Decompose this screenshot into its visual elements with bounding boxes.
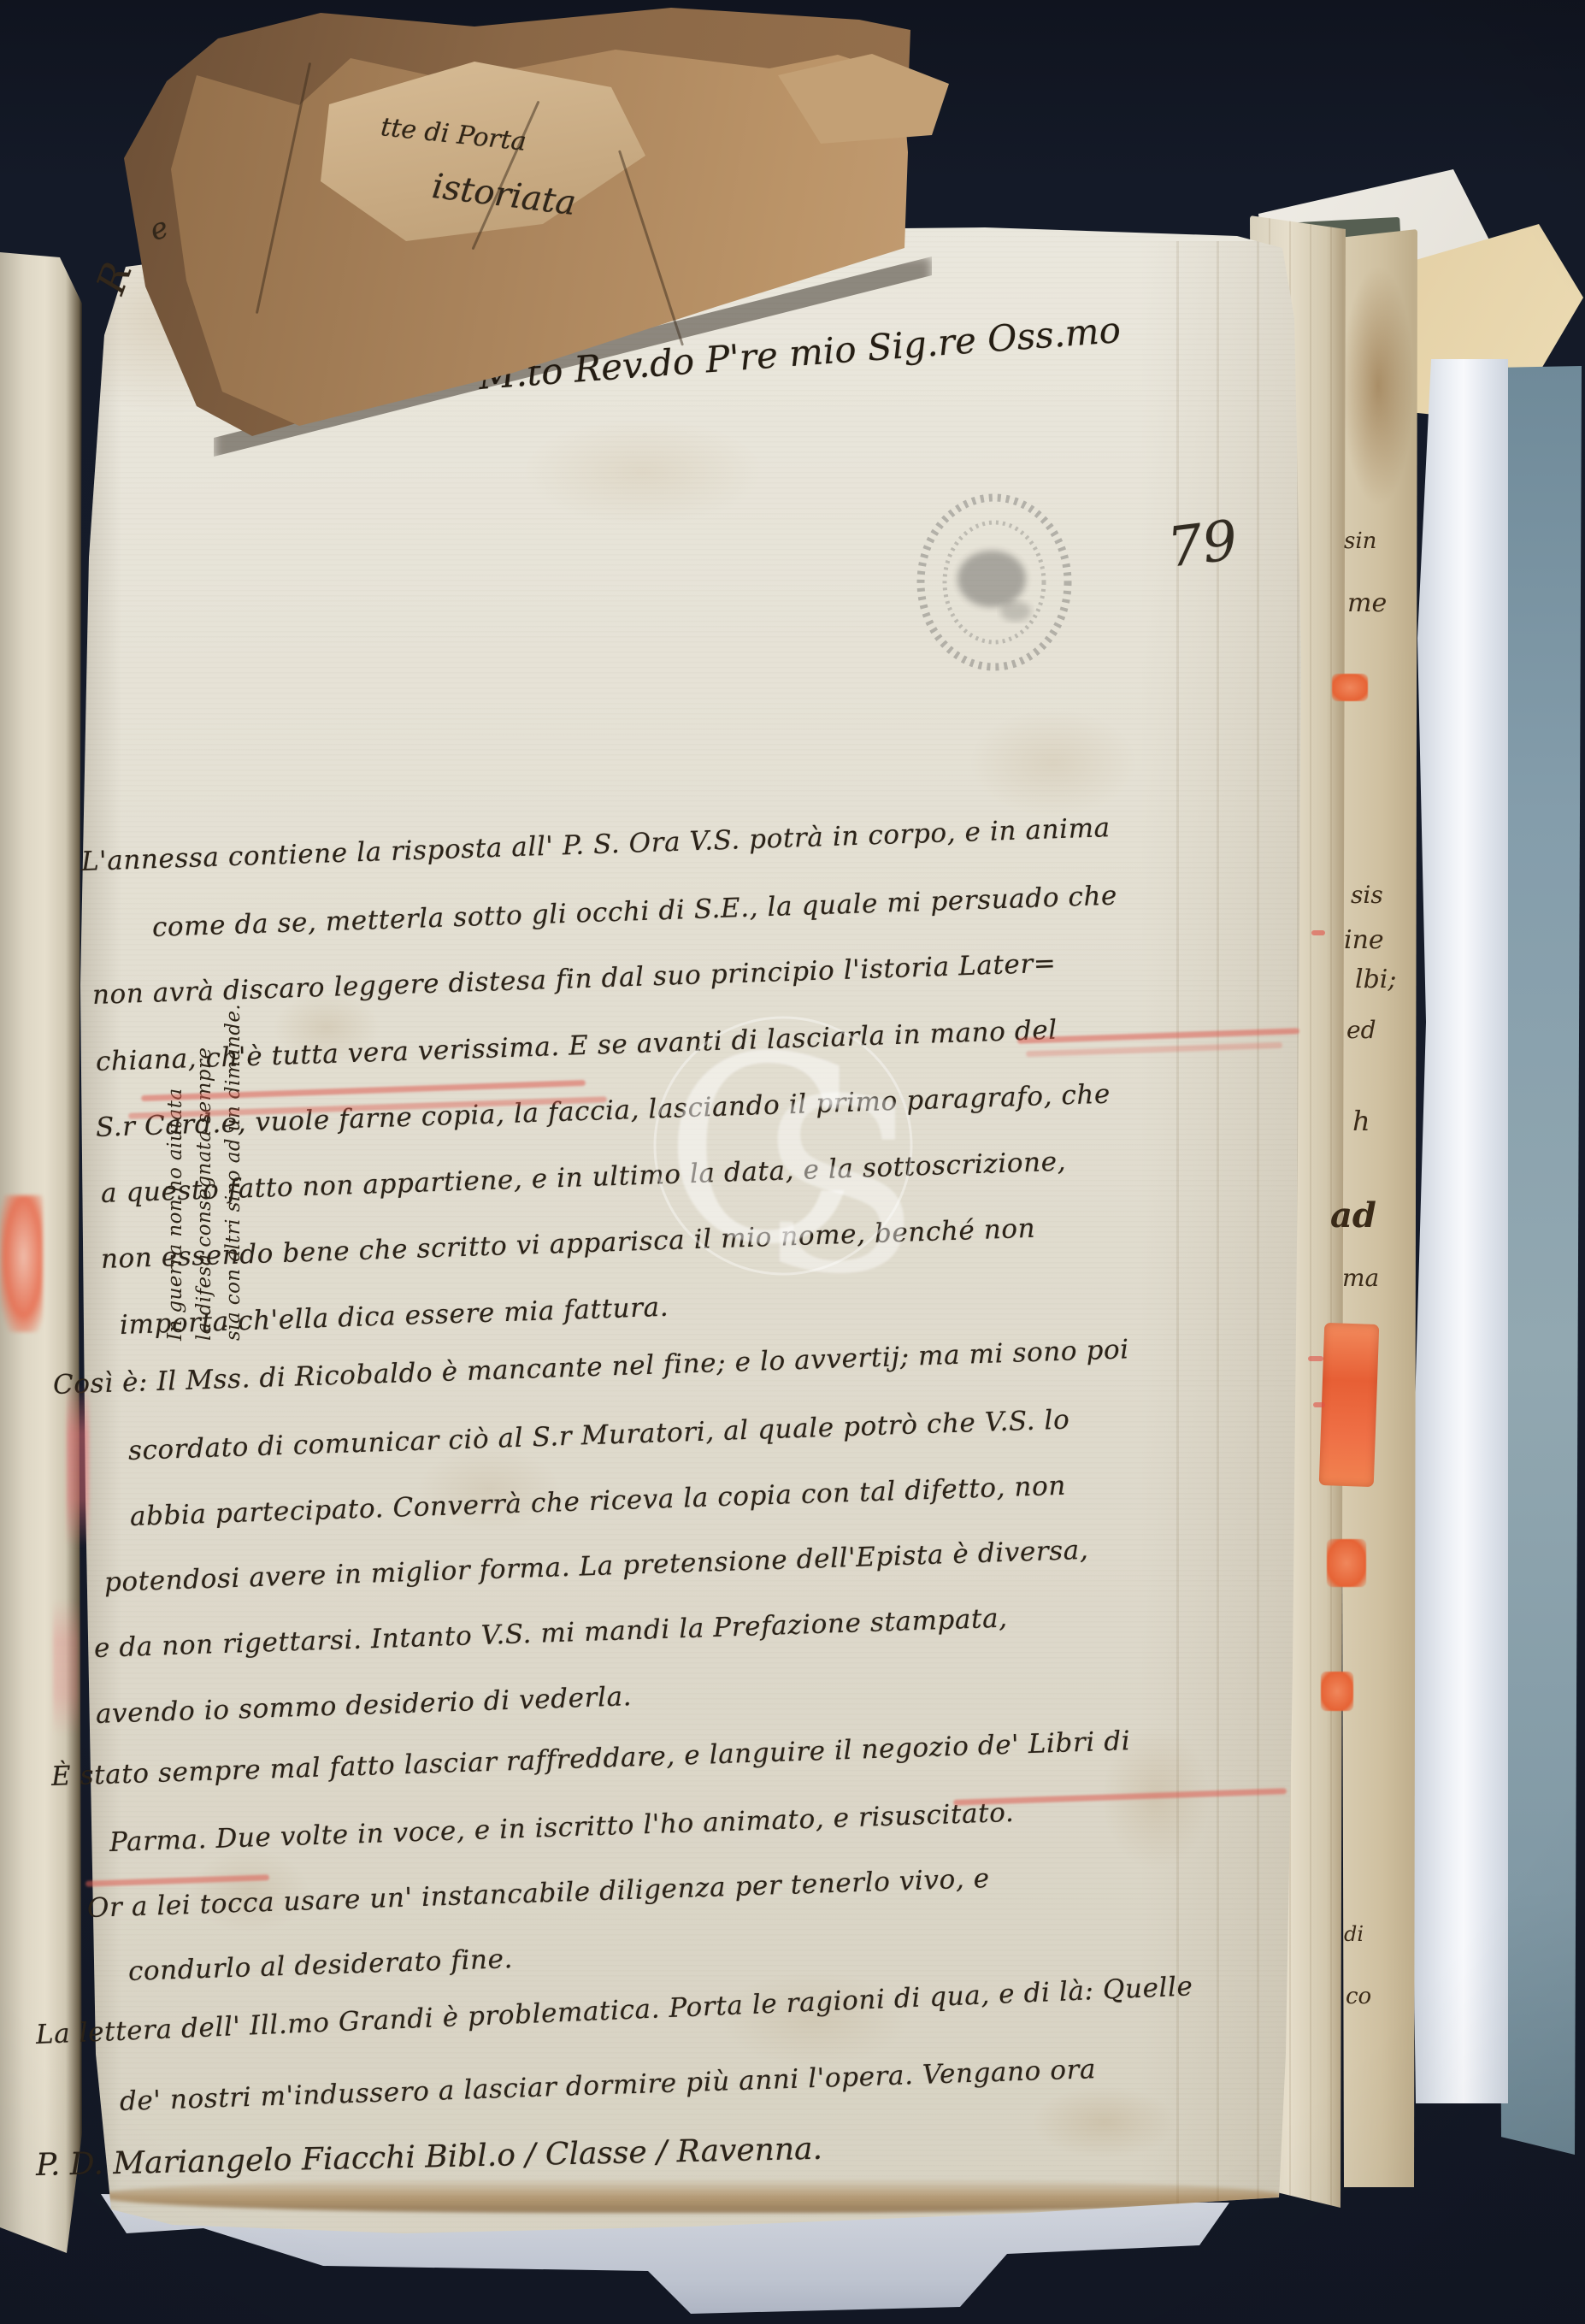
edge-text-fragment: di (1344, 1922, 1364, 1946)
orange-mark (1321, 1672, 1353, 1711)
edge-text-fragment: lbi; (1355, 964, 1397, 994)
edge-text-fragment: sin (1344, 528, 1376, 554)
bottom-edge-staining (96, 2179, 1284, 2213)
edge-text-fragment: me (1347, 588, 1387, 618)
edge-text-fragment: co (1346, 1984, 1371, 2009)
edge-text-fragment: ma (1342, 1264, 1379, 1292)
pink-smudge (53, 1599, 79, 1736)
tissue-interleaf-right (1409, 359, 1508, 2103)
orange-sticker (1319, 1323, 1380, 1487)
edge-text-fragment: ed (1346, 1016, 1376, 1044)
edge-text-fragment: ad (1330, 1195, 1376, 1236)
archival-photo: sin me sis ine lbi; ed ad h ma co di 79 … (0, 0, 1585, 2324)
edge-text-fragment: sis (1351, 881, 1383, 909)
edge-text-fragment: h (1352, 1105, 1370, 1137)
orange-mark (1327, 1539, 1366, 1587)
red-tick (1308, 1356, 1323, 1361)
wrapper-stray-mark: R (87, 256, 141, 299)
library-ink-stamp (913, 492, 1075, 675)
red-tick (1311, 930, 1325, 935)
folio-number: 79 (1164, 509, 1241, 580)
edge-text-fragment: ine (1344, 925, 1384, 955)
pink-smudge (67, 1385, 89, 1548)
red-tick (1313, 1402, 1325, 1407)
orange-mark (1332, 674, 1368, 701)
red-wax-smudge (0, 1195, 43, 1332)
